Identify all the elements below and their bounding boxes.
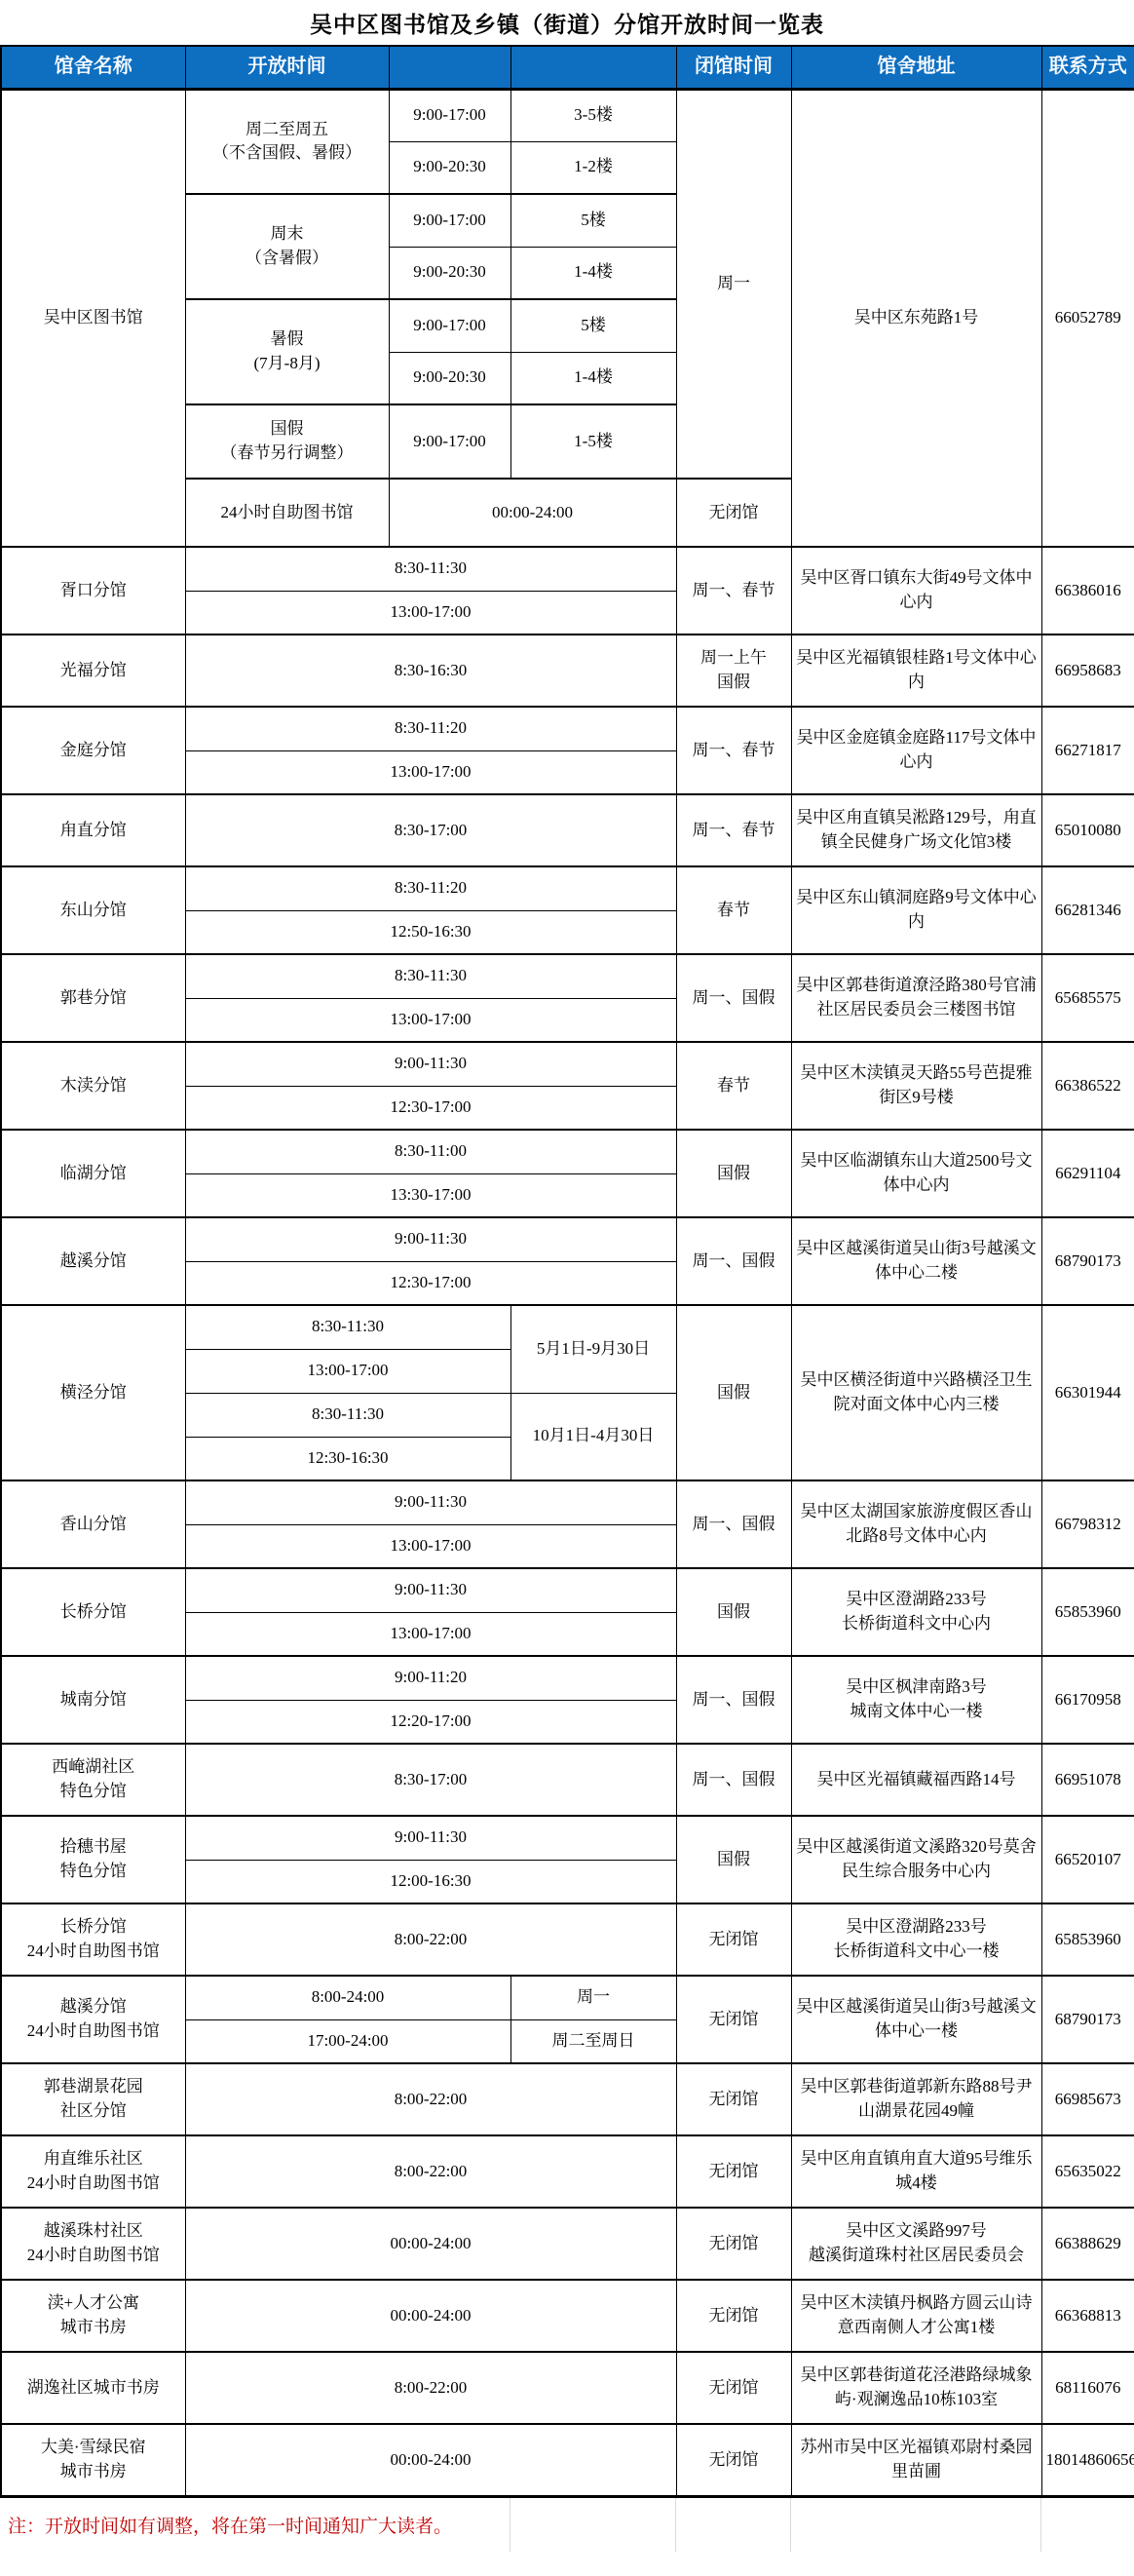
open-days: 周二至周日 (510, 2019, 676, 2063)
table-row: 东山分馆8:30-11:20春节吴中区东山镇洞庭路9号文体中心内66281346 (1, 866, 1134, 910)
venue-name: 长桥分馆 24小时自助图书馆 (1, 1903, 185, 1976)
schedule-label: 国假 （春节另行调整） (185, 404, 389, 479)
venue-address: 吴中区文溪路997号 越溪街道珠村社区居民委员会 (791, 2208, 1041, 2280)
venue-name: 越溪分馆 24小时自助图书馆 (1, 1976, 185, 2063)
venue-address: 吴中区临湖镇东山大道2500号文体中心内 (791, 1130, 1041, 1217)
footnote-text: 注：开放时间如有调整，将在第一时间通知广大读者。 (8, 2512, 452, 2538)
venue-phone: 66388629 (1041, 2208, 1134, 2280)
open-time: 13:00-17:00 (185, 750, 676, 794)
venue-name: 郭巷湖景花园 社区分馆 (1, 2063, 185, 2135)
open-time: 8:30-11:30 (185, 547, 676, 591)
open-time: 9:00-11:20 (185, 1656, 676, 1700)
open-time: 12:50-16:30 (185, 910, 676, 954)
venue-name: 郭巷分馆 (1, 954, 185, 1042)
venue-phone: 66368813 (1041, 2280, 1134, 2352)
venue-phone: 66291104 (1041, 1130, 1134, 1217)
venue-address: 吴中区枫津南路3号 城南文体中心一楼 (791, 1656, 1041, 1744)
open-time: 8:30-17:00 (185, 794, 676, 866)
open-time: 12:30-16:30 (185, 1437, 510, 1480)
open-time: 13:00-17:00 (185, 1612, 676, 1656)
open-floors: 5楼 (510, 299, 676, 352)
venue-phone: 68116076 (1041, 2352, 1134, 2424)
venue-address: 吴中区木渎镇灵天路55号芭提雅街区9号楼 (791, 1042, 1041, 1130)
table-row: 甪直维乐社区 24小时自助图书馆8:00-22:00无闭馆吴中区甪直镇甪直大道9… (1, 2135, 1134, 2208)
closed-time: 周一 (676, 89, 791, 479)
venue-address: 吴中区甪直镇吴淞路129号，甪直镇全民健身广场文化馆3楼 (791, 794, 1041, 866)
open-floors: 1-2楼 (510, 141, 676, 194)
venue-phone: 66052789 (1041, 89, 1134, 547)
venue-name: 木渎分馆 (1, 1042, 185, 1130)
venue-address: 吴中区甪直镇甪直大道95号维乐城4楼 (791, 2135, 1041, 2208)
open-time: 8:30-11:30 (185, 1393, 510, 1437)
venue-name: 渎+人才公寓 城市书房 (1, 2280, 185, 2352)
venue-name: 横泾分馆 (1, 1305, 185, 1480)
venue-address: 吴中区越溪街道吴山街3号越溪文体中心一楼 (791, 1976, 1041, 2063)
open-time: 9:00-20:30 (389, 141, 510, 194)
venue-name: 东山分馆 (1, 866, 185, 954)
closed-time: 国假 (676, 1130, 791, 1217)
closed-time: 无闭馆 (676, 2135, 791, 2208)
venue-name: 甪直维乐社区 24小时自助图书馆 (1, 2135, 185, 2208)
table-row: 甪直分馆8:30-17:00周一、春节吴中区甪直镇吴淞路129号，甪直镇全民健身… (1, 794, 1134, 866)
table-row: 城南分馆9:00-11:20周一、国假吴中区枫津南路3号 城南文体中心一楼661… (1, 1656, 1134, 1700)
column-header-venue: 馆舍名称 (1, 46, 185, 89)
closed-time: 无闭馆 (676, 2352, 791, 2424)
venue-phone: 65685575 (1041, 954, 1134, 1042)
open-floors: 1-5楼 (510, 404, 676, 479)
venue-address: 吴中区澄湖路233号 长桥街道科文中心一楼 (791, 1903, 1041, 1976)
closed-time: 周一、春节 (676, 547, 791, 634)
venue-address: 吴中区太湖国家旅游度假区香山北路8号文体中心内 (791, 1480, 1041, 1568)
open-time: 8:00-22:00 (185, 2352, 676, 2424)
open-floors: 1-4楼 (510, 247, 676, 299)
closed-time: 春节 (676, 1042, 791, 1130)
table-row: 木渎分馆9:00-11:30春节吴中区木渎镇灵天路55号芭提雅街区9号楼6638… (1, 1042, 1134, 1086)
open-time: 9:00-17:00 (389, 89, 510, 141)
open-days: 周一 (510, 1976, 676, 2019)
open-time: 9:00-20:30 (389, 352, 510, 404)
open-period: 5月1日-9月30日 (510, 1305, 676, 1393)
closed-time: 国假 (676, 1305, 791, 1480)
closed-time: 周一、国假 (676, 1217, 791, 1305)
table-row: 长桥分馆9:00-11:30国假吴中区澄湖路233号 长桥街道科文中心内6585… (1, 1568, 1134, 1612)
venue-address: 吴中区东山镇洞庭路9号文体中心内 (791, 866, 1041, 954)
open-time: 9:00-11:30 (185, 1568, 676, 1612)
closed-time: 无闭馆 (676, 2280, 791, 2352)
open-time: 8:30-17:00 (185, 1744, 676, 1816)
venue-name: 越溪珠村社区 24小时自助图书馆 (1, 2208, 185, 2280)
venue-phone: 65853960 (1041, 1568, 1134, 1656)
venue-name: 甪直分馆 (1, 794, 185, 866)
venue-address: 吴中区光福镇藏福西路14号 (791, 1744, 1041, 1816)
venue-phone: 66301944 (1041, 1305, 1134, 1480)
closed-time: 春节 (676, 866, 791, 954)
open-time: 13:30-17:00 (185, 1173, 676, 1217)
table-row: 横泾分馆8:30-11:305月1日-9月30日国假吴中区横泾街道中兴路横泾卫生… (1, 1305, 1134, 1349)
gridline (790, 2498, 791, 2552)
venue-name: 胥口分馆 (1, 547, 185, 634)
table-row: 胥口分馆8:30-11:30周一、春节吴中区胥口镇东大街49号文体中心内6638… (1, 547, 1134, 591)
table-row: 郭巷分馆8:30-11:30周一、国假吴中区郭巷街道潦泾路380号官浦社区居民委… (1, 954, 1134, 998)
closed-time: 周一、国假 (676, 1480, 791, 1568)
venue-phone: 65635022 (1041, 2135, 1134, 2208)
venue-address: 吴中区郭巷街道郭新东路88号尹山湖景花园49幢 (791, 2063, 1041, 2135)
venue-phone: 66520107 (1041, 1816, 1134, 1903)
table-row: 渎+人才公寓 城市书房00:00-24:00无闭馆吴中区木渎镇丹枫路方圆云山诗意… (1, 2280, 1134, 2352)
closed-time: 周一上午 国假 (676, 634, 791, 707)
open-time: 9:00-17:00 (389, 404, 510, 479)
venue-phone: 66985673 (1041, 2063, 1134, 2135)
open-time: 12:30-17:00 (185, 1261, 676, 1305)
header-spacer (510, 46, 676, 89)
table-row: 吴中区图书馆 周二至周五 （不含国假、暑假） 9:00-17:00 3-5楼 周… (1, 89, 1134, 141)
column-header-closed-time: 闭馆时间 (676, 46, 791, 89)
open-time: 12:30-17:00 (185, 1086, 676, 1130)
venue-name: 长桥分馆 (1, 1568, 185, 1656)
closed-time: 周一、国假 (676, 1744, 791, 1816)
closed-time: 无闭馆 (676, 2424, 791, 2496)
closed-time: 无闭馆 (676, 1903, 791, 1976)
closed-time: 周一、春节 (676, 707, 791, 794)
venue-address: 吴中区东苑路1号 (791, 89, 1041, 547)
open-time: 13:00-17:00 (185, 1524, 676, 1568)
venue-address: 吴中区金庭镇金庭路117号文体中心内 (791, 707, 1041, 794)
venue-phone: 65010080 (1041, 794, 1134, 866)
table-row: 越溪分馆 24小时自助图书馆8:00-24:00周一无闭馆吴中区越溪街道吴山街3… (1, 1976, 1134, 2019)
venue-phone: 18014860656 (1041, 2424, 1134, 2496)
venue-phone: 66386016 (1041, 547, 1134, 634)
open-period: 10月1日-4月30日 (510, 1393, 676, 1480)
opening-hours-table: 馆舍名称 开放时间 闭馆时间 馆舍地址 联系方式 吴中区图书馆 周二至周五 （不… (0, 45, 1134, 2497)
venue-name: 金庭分馆 (1, 707, 185, 794)
closed-time: 无闭馆 (676, 479, 791, 547)
venue-phone: 66271817 (1041, 707, 1134, 794)
closed-time: 国假 (676, 1568, 791, 1656)
gridline (675, 2498, 676, 2552)
table-row: 香山分馆9:00-11:30周一、国假吴中区太湖国家旅游度假区香山北路8号文体中… (1, 1480, 1134, 1524)
open-time: 9:00-11:30 (185, 1042, 676, 1086)
venue-phone: 66958683 (1041, 634, 1134, 707)
venue-address: 吴中区木渎镇丹枫路方圆云山诗意西南侧人才公寓1楼 (791, 2280, 1041, 2352)
venue-phone: 65853960 (1041, 1903, 1134, 1976)
closed-time: 国假 (676, 1816, 791, 1903)
closed-time: 周一、春节 (676, 794, 791, 866)
open-time: 9:00-17:00 (389, 194, 510, 247)
table-row: 长桥分馆 24小时自助图书馆8:00-22:00无闭馆吴中区澄湖路233号 长桥… (1, 1903, 1134, 1976)
table-row: 拾穗书屋 特色分馆9:00-11:30国假吴中区越溪街道文溪路320号莫舍民生综… (1, 1816, 1134, 1860)
venue-phone: 66281346 (1041, 866, 1134, 954)
venue-phone: 68790173 (1041, 1976, 1134, 2063)
venue-address: 吴中区横泾街道中兴路横泾卫生院对面文体中心内三楼 (791, 1305, 1041, 1480)
table-row: 湖逸社区城市书房8:00-22:00无闭馆吴中区郭巷街道花泾港路绿城象屿·观澜逸… (1, 2352, 1134, 2424)
column-header-open-time: 开放时间 (185, 46, 389, 89)
closed-time: 无闭馆 (676, 1976, 791, 2063)
open-time: 13:00-17:00 (185, 998, 676, 1042)
open-time: 8:30-11:30 (185, 1305, 510, 1349)
open-time: 13:00-17:00 (185, 591, 676, 634)
venue-address: 吴中区越溪街道文溪路320号莫舍民生综合服务中心内 (791, 1816, 1041, 1903)
closed-time: 无闭馆 (676, 2208, 791, 2280)
venue-name: 西崦湖社区 特色分馆 (1, 1744, 185, 1816)
open-time: 9:00-17:00 (389, 299, 510, 352)
open-time: 8:30-11:30 (185, 954, 676, 998)
column-header-contact: 联系方式 (1041, 46, 1134, 89)
venue-address: 苏州市吴中区光福镇邓尉村桑园里苗圃 (791, 2424, 1041, 2496)
open-time: 00:00-24:00 (185, 2280, 676, 2352)
open-time: 9:00-11:30 (185, 1816, 676, 1860)
venue-name: 光福分馆 (1, 634, 185, 707)
open-time: 12:20-17:00 (185, 1700, 676, 1744)
open-time: 9:00-11:30 (185, 1217, 676, 1261)
column-header-address: 馆舍地址 (791, 46, 1041, 89)
open-floors: 1-4楼 (510, 352, 676, 404)
open-time: 9:00-20:30 (389, 247, 510, 299)
open-time: 17:00-24:00 (185, 2019, 510, 2063)
schedule-label: 周末 （含暑假） (185, 194, 389, 299)
table-row: 郭巷湖景花园 社区分馆8:00-22:00无闭馆吴中区郭巷街道郭新东路88号尹山… (1, 2063, 1134, 2135)
venue-name: 越溪分馆 (1, 1217, 185, 1305)
table-row: 大美·雪绿民宿 城市书房00:00-24:00无闭馆苏州市吴中区光福镇邓尉村桑园… (1, 2424, 1134, 2496)
header-spacer (389, 46, 510, 89)
open-floors: 5楼 (510, 194, 676, 247)
venue-name: 吴中区图书馆 (1, 89, 185, 547)
gridline (1040, 2498, 1041, 2552)
venue-address: 吴中区光福镇银桂路1号文体中心内 (791, 634, 1041, 707)
venue-name: 拾穗书屋 特色分馆 (1, 1816, 185, 1903)
open-time: 8:30-11:20 (185, 707, 676, 750)
schedule-label: 24小时自助图书馆 (185, 479, 389, 547)
venue-phone: 66170958 (1041, 1656, 1134, 1744)
table-row: 光福分馆8:30-16:30周一上午 国假吴中区光福镇银桂路1号文体中心内669… (1, 634, 1134, 707)
open-time: 13:00-17:00 (185, 1349, 510, 1393)
venue-address: 吴中区越溪街道吴山街3号越溪文体中心二楼 (791, 1217, 1041, 1305)
open-time: 8:30-16:30 (185, 634, 676, 707)
closed-time: 周一、国假 (676, 954, 791, 1042)
venue-phone: 66798312 (1041, 1480, 1134, 1568)
open-time: 8:00-22:00 (185, 2063, 676, 2135)
open-time: 8:00-24:00 (185, 1976, 510, 2019)
open-time: 00:00-24:00 (389, 479, 676, 547)
schedule-label: 周二至周五 （不含国假、暑假） (185, 89, 389, 194)
open-time: 8:00-22:00 (185, 2135, 676, 2208)
venue-name: 大美·雪绿民宿 城市书房 (1, 2424, 185, 2496)
page-title: 吴中区图书馆及乡镇（街道）分馆开放时间一览表 (0, 0, 1134, 45)
open-time: 8:30-11:20 (185, 866, 676, 910)
open-time: 00:00-24:00 (185, 2208, 676, 2280)
closed-time: 周一、国假 (676, 1656, 791, 1744)
open-time: 9:00-11:30 (185, 1480, 676, 1524)
gridline (510, 2498, 510, 2552)
venue-address: 吴中区胥口镇东大街49号文体中心内 (791, 547, 1041, 634)
schedule-label: 暑假 (7月-8月) (185, 299, 389, 404)
venue-address: 吴中区澄湖路233号 长桥街道科文中心内 (791, 1568, 1041, 1656)
header-row: 馆舍名称 开放时间 闭馆时间 馆舍地址 联系方式 (1, 46, 1134, 89)
venue-phone: 66386522 (1041, 1042, 1134, 1130)
table-row: 金庭分馆8:30-11:20周一、春节吴中区金庭镇金庭路117号文体中心内662… (1, 707, 1134, 750)
venue-name: 湖逸社区城市书房 (1, 2352, 185, 2424)
open-time: 8:30-11:00 (185, 1130, 676, 1173)
venue-phone: 68790173 (1041, 1217, 1134, 1305)
venue-address: 吴中区郭巷街道潦泾路380号官浦社区居民委员会三楼图书馆 (791, 954, 1041, 1042)
venue-name: 城南分馆 (1, 1656, 185, 1744)
open-time: 12:00-16:30 (185, 1860, 676, 1903)
venue-phone: 66951078 (1041, 1744, 1134, 1816)
closed-time: 无闭馆 (676, 2063, 791, 2135)
table-row: 越溪分馆9:00-11:30周一、国假吴中区越溪街道吴山街3号越溪文体中心二楼6… (1, 1217, 1134, 1261)
table-row: 越溪珠村社区 24小时自助图书馆00:00-24:00无闭馆吴中区文溪路997号… (1, 2208, 1134, 2280)
venue-name: 临湖分馆 (1, 1130, 185, 1217)
venue-name: 香山分馆 (1, 1480, 185, 1568)
venue-address: 吴中区郭巷街道花泾港路绿城象屿·观澜逸品10栋103室 (791, 2352, 1041, 2424)
footnote-row: 注：开放时间如有调整，将在第一时间通知广大读者。 (0, 2497, 1134, 2552)
table-row: 临湖分馆8:30-11:00国假吴中区临湖镇东山大道2500号文体中心内6629… (1, 1130, 1134, 1173)
table-row: 西崦湖社区 特色分馆8:30-17:00周一、国假吴中区光福镇藏福西路14号66… (1, 1744, 1134, 1816)
open-time: 00:00-24:00 (185, 2424, 676, 2496)
open-floors: 3-5楼 (510, 89, 676, 141)
open-time: 8:00-22:00 (185, 1903, 676, 1976)
